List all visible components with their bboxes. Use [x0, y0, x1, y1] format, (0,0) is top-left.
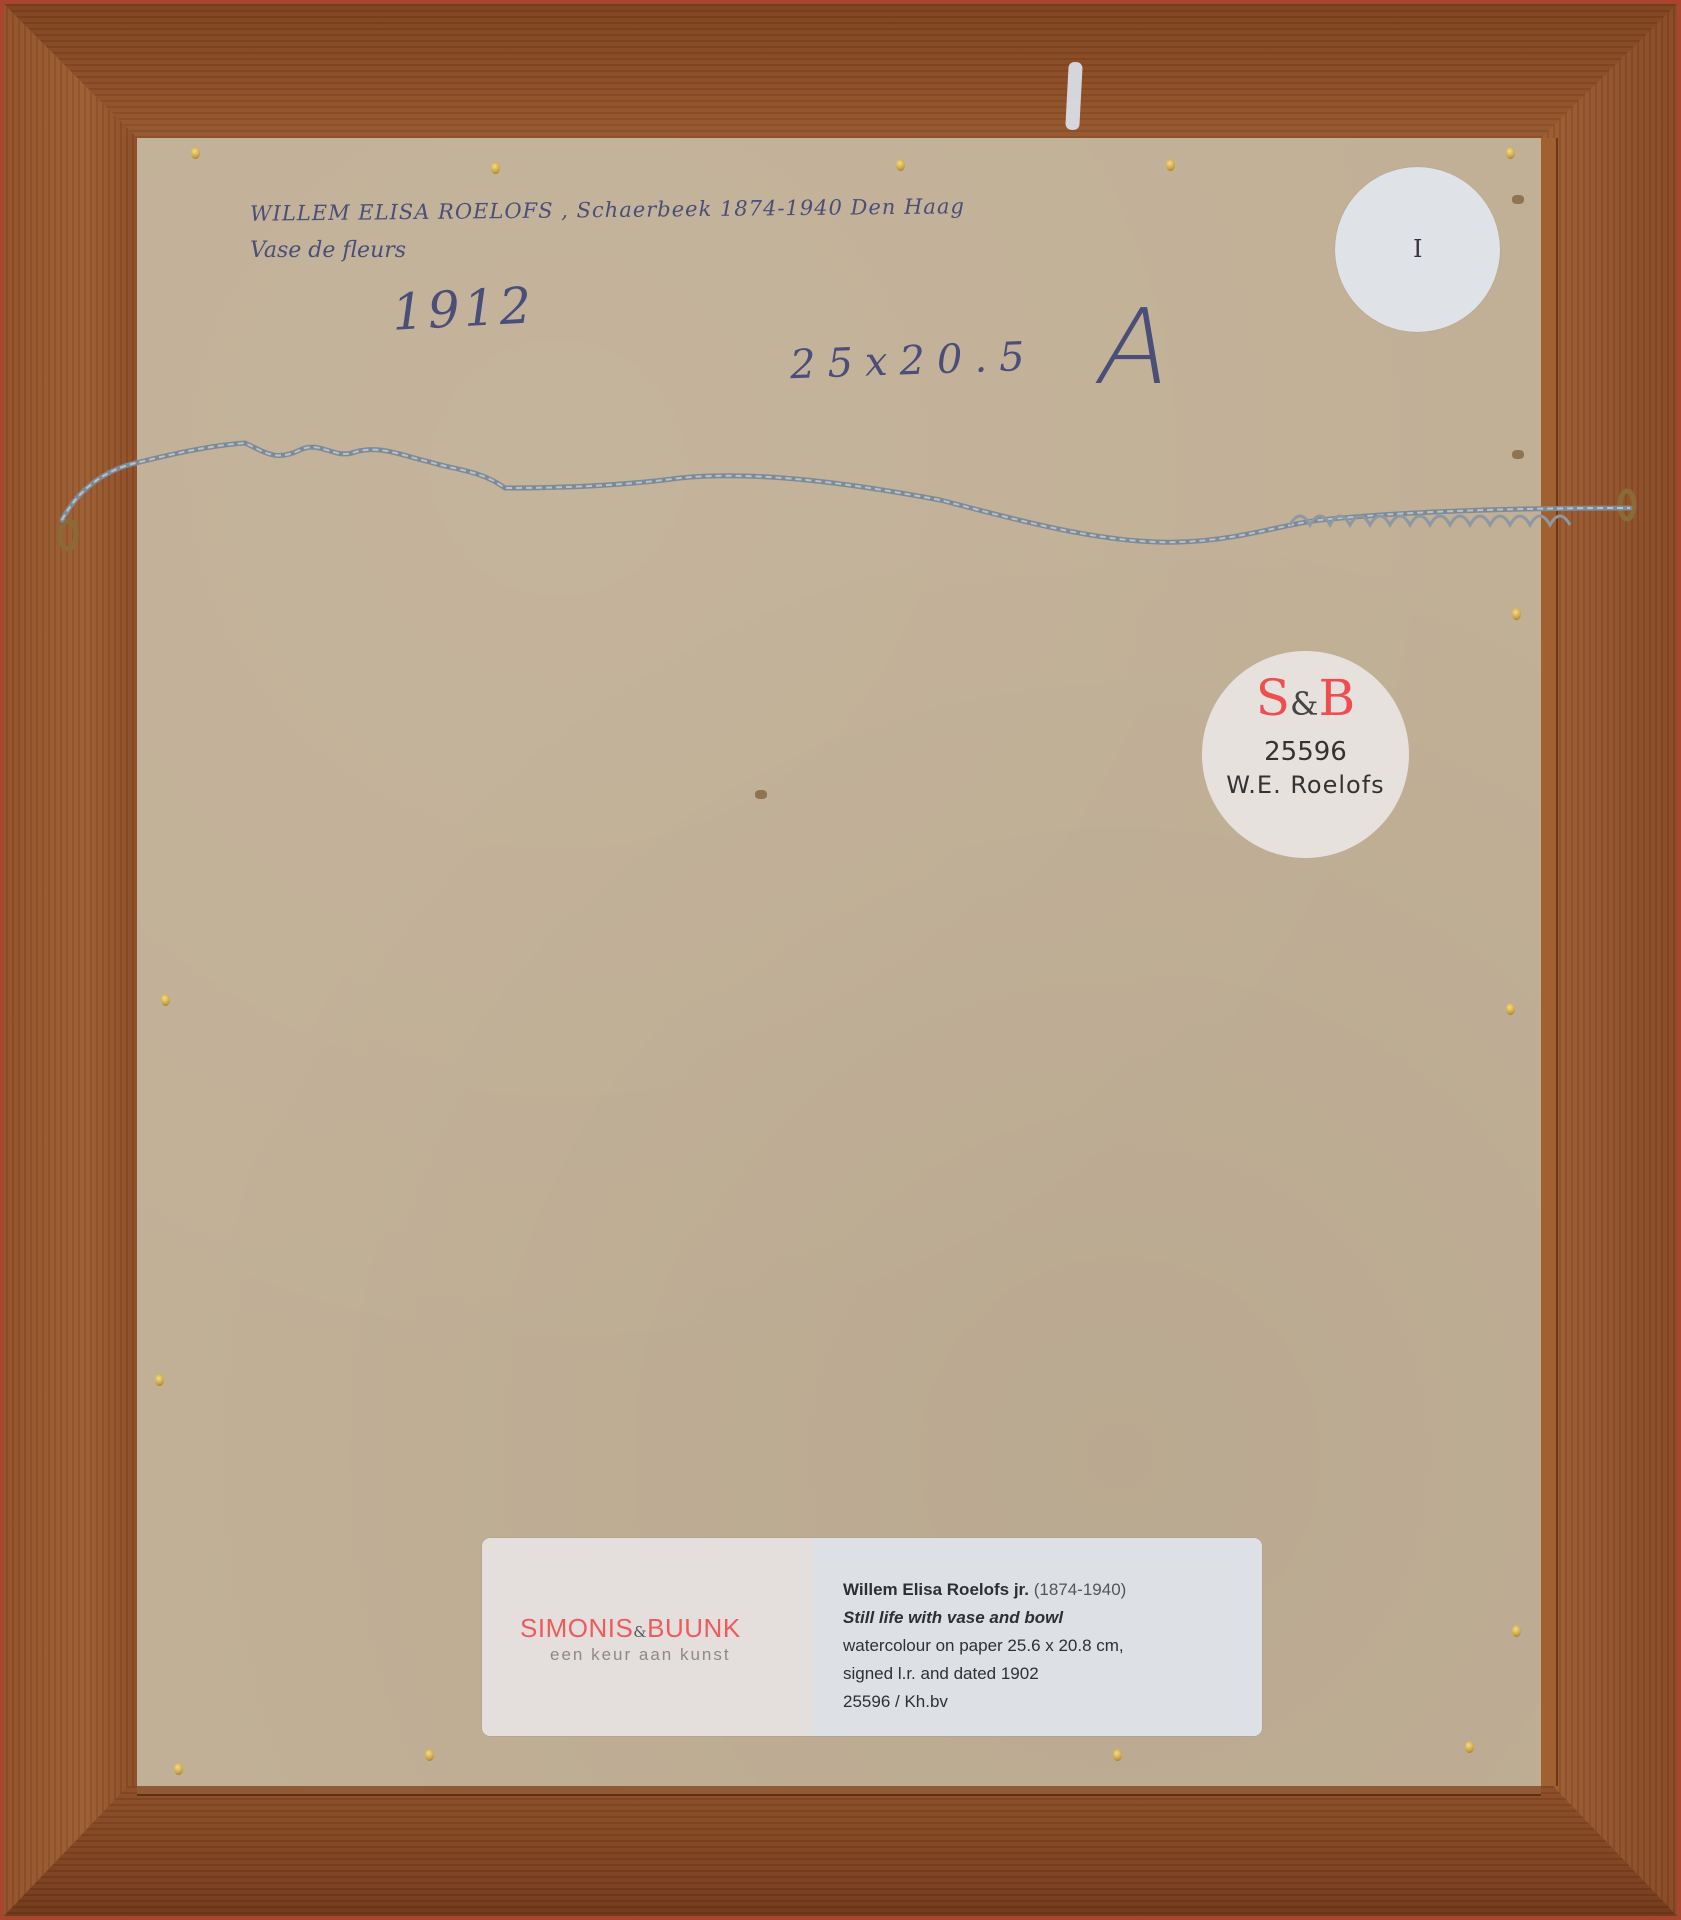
- left-screw-eye-icon: [60, 521, 76, 549]
- gallery-logo: SIMONIS&BUUNK: [520, 1613, 741, 1644]
- right-screw-eye-icon: [1620, 491, 1634, 519]
- label-logo-panel: SIMONIS&BUUNK een keur aan kunst: [482, 1538, 813, 1736]
- gallery-tagline: een keur aan kunst: [550, 1645, 731, 1665]
- gallery-label: SIMONIS&BUUNK een keur aan kunst Willem …: [482, 1538, 1262, 1736]
- artwork-signature: signed l.r. and dated 1902: [843, 1660, 1262, 1688]
- artwork-medium: watercolour on paper 25.6 x 20.8 cm,: [843, 1632, 1262, 1660]
- picture-frame-back: WILLEM ELISA ROELOFS , Schaerbeek 1874-1…: [0, 0, 1681, 1920]
- artist-line: Willem Elisa Roelofs jr. (1874-1940): [843, 1576, 1262, 1604]
- inventory-number: 25596 / Kh.bv: [843, 1688, 1262, 1716]
- artwork-title: Still life with vase and bowl: [843, 1604, 1262, 1632]
- label-info-panel: Willem Elisa Roelofs jr. (1874-1940) Sti…: [813, 1538, 1262, 1736]
